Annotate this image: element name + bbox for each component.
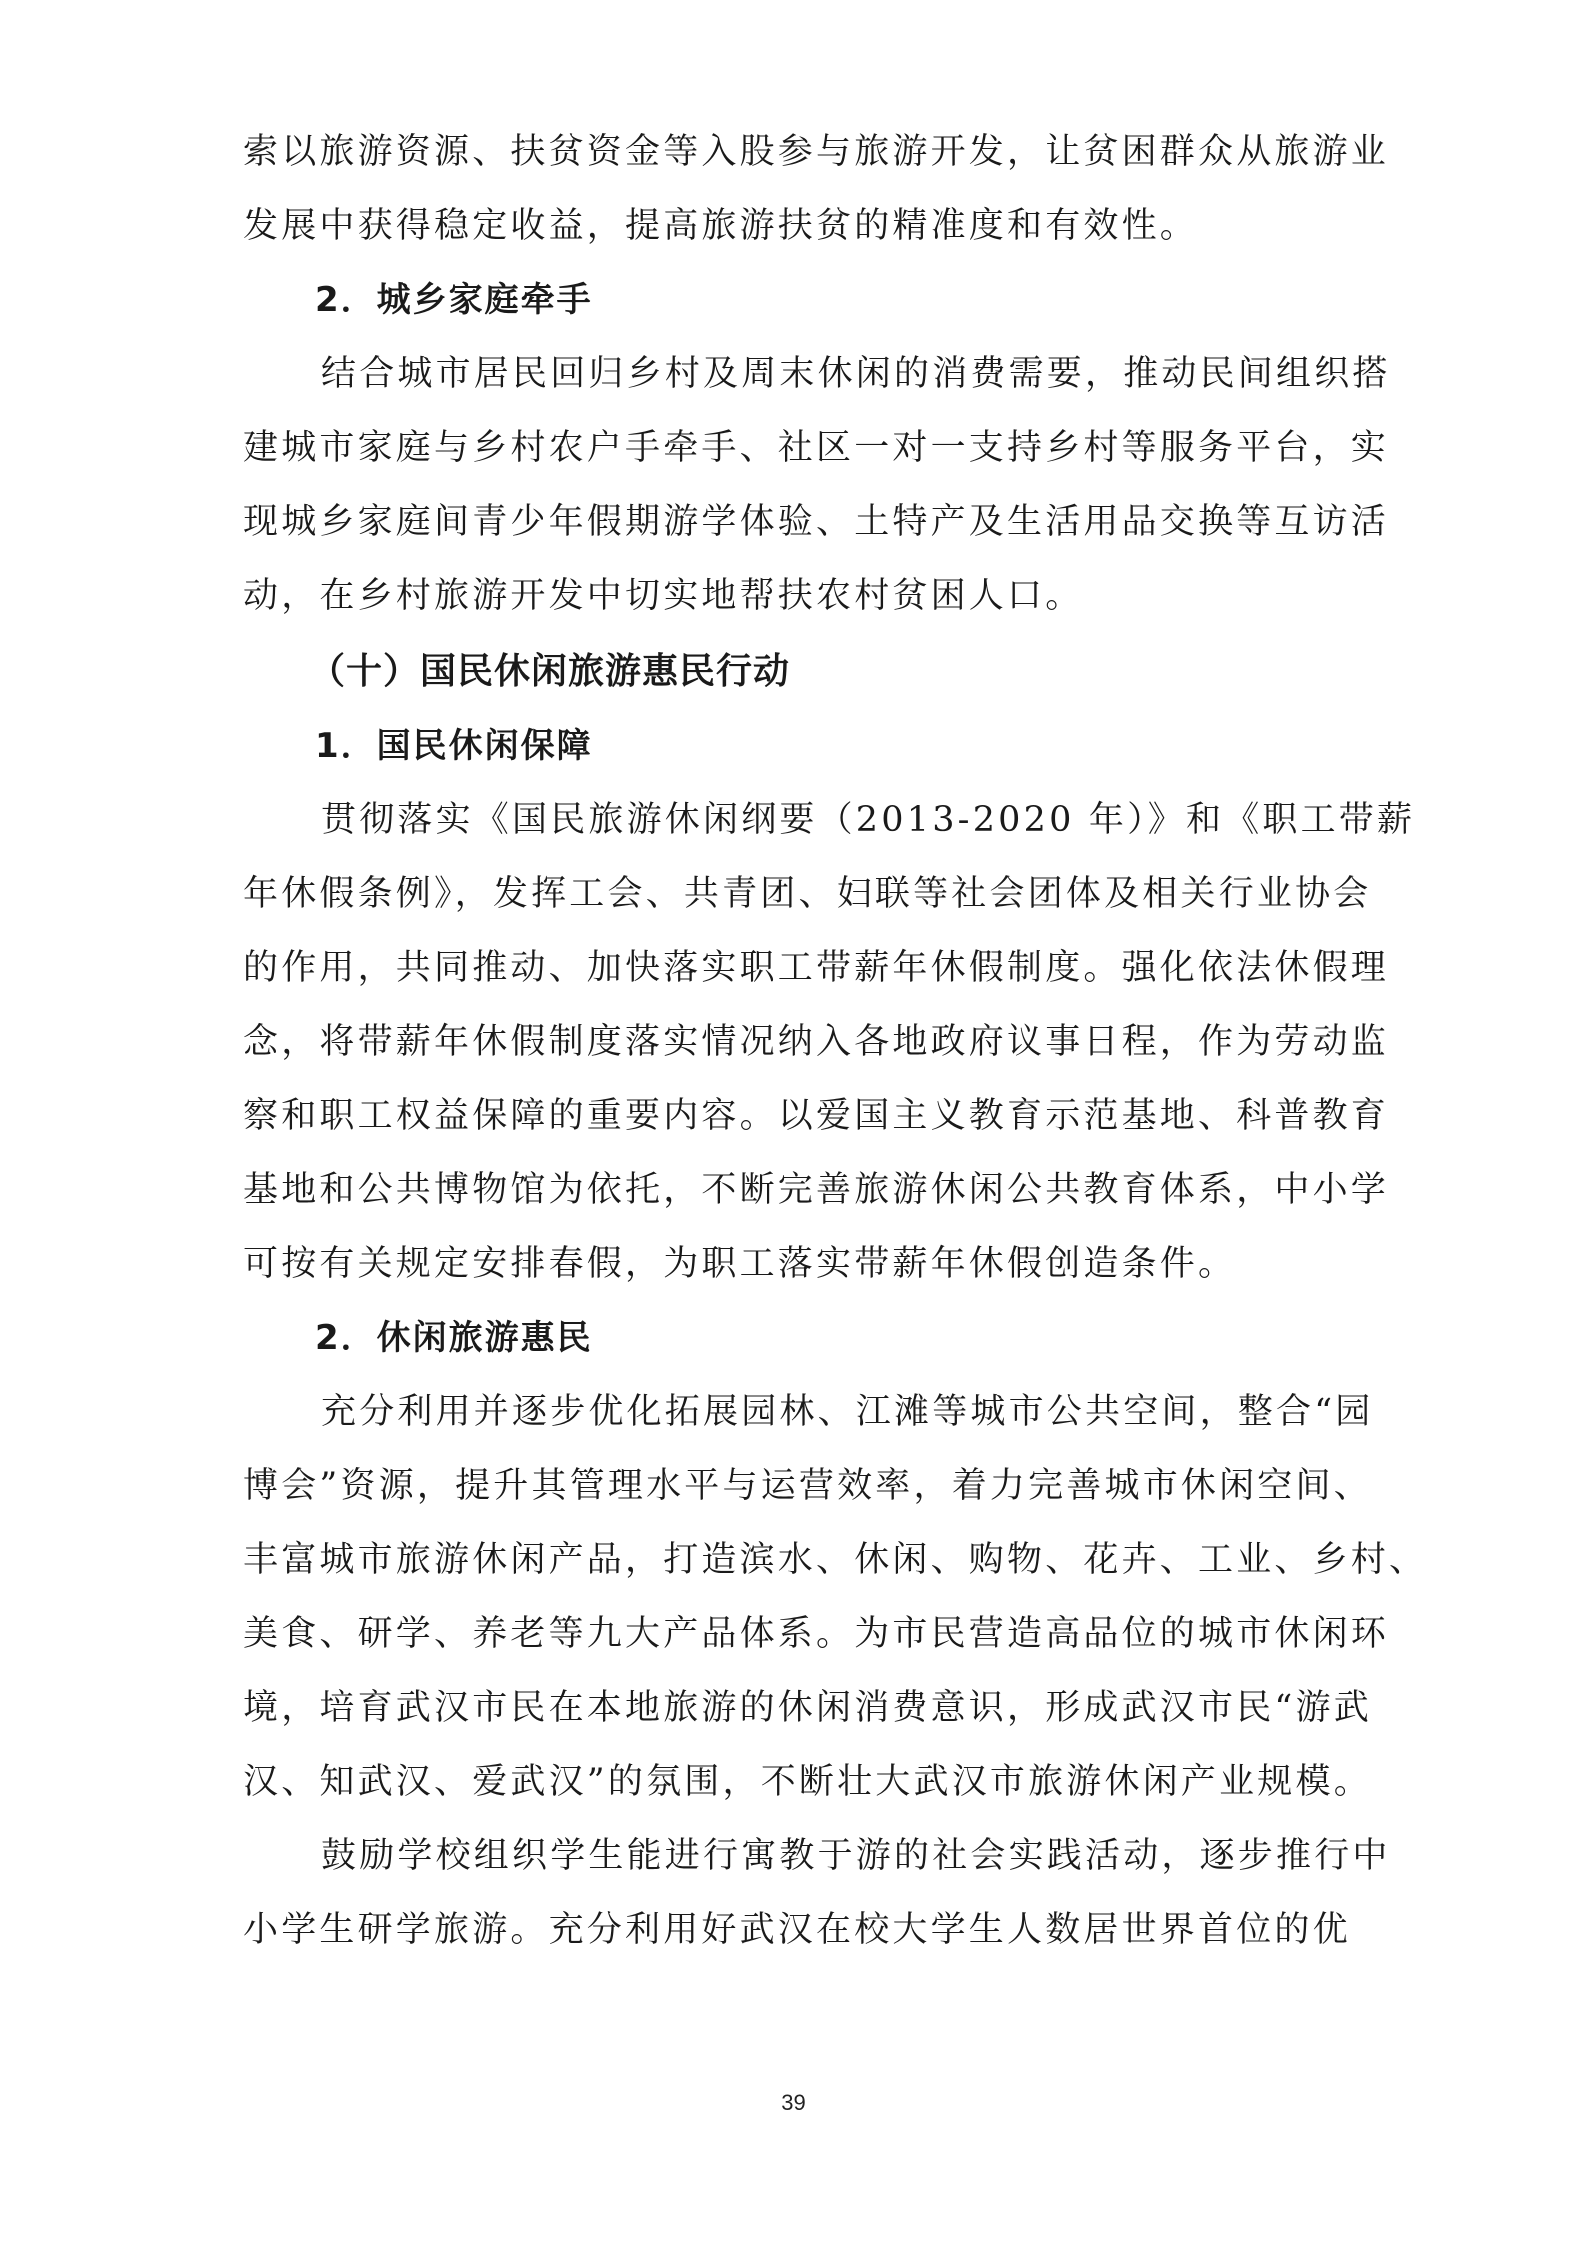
paragraph-line: 现城乡家庭间青少年假期游学体验、土特产及生活用品交换等互访活 xyxy=(243,502,1349,542)
paragraph-line: 动，在乡村旅游开发中切实地帮扶农村贫困人口。 xyxy=(243,576,1083,616)
paragraph-line: 美食、研学、养老等九大产品体系。为市民营造高品位的城市休闲环 xyxy=(243,1614,1349,1654)
paragraph-line: 发展中获得稳定收益，提高旅游扶贫的精准度和有效性。 xyxy=(243,206,1198,246)
paragraph-line: 充分利用并逐步优化拓展园林、江滩等城市公共空间，整合“园 xyxy=(321,1392,1349,1432)
paragraph-line: 贯彻落实《国民旅游休闲纲要（2013-2020 年）》和《职工带薪 xyxy=(321,800,1349,840)
paragraph-line: 小学生研学旅游。充分利用好武汉在校大学生人数居世界首位的优 xyxy=(243,1910,1351,1950)
paragraph-line: 基地和公共博物馆为依托，不断完善旅游休闲公共教育体系，中小学 xyxy=(243,1170,1349,1210)
paragraph-line: 年休假条例》，发挥工会、共青团、妇联等社会团体及相关行业协会 xyxy=(243,874,1349,914)
page-number: 39 xyxy=(0,2090,1587,2116)
subheading-urban-rural-families: 2．城乡家庭牵手 xyxy=(315,280,593,320)
paragraph-line: 察和职工权益保障的重要内容。以爱国主义教育示范基地、科普教育 xyxy=(243,1096,1349,1136)
subheading-leisure-guarantee: 1．国民休闲保障 xyxy=(315,726,593,766)
section-heading-leisure-tourism: （十）国民休闲旅游惠民行动 xyxy=(309,652,790,692)
paragraph-line: 丰富城市旅游休闲产品，打造滨水、休闲、购物、花卉、工业、乡村、 xyxy=(243,1540,1349,1580)
subheading-leisure-benefits: 2．休闲旅游惠民 xyxy=(315,1318,593,1358)
paragraph-line: 结合城市居民回归乡村及周末休闲的消费需要，推动民间组织搭 xyxy=(321,354,1349,394)
paragraph-line: 的作用，共同推动、加快落实职工带薪年休假制度。强化依法休假理 xyxy=(243,948,1349,988)
paragraph-line: 境，培育武汉市民在本地旅游的休闲消费意识，形成武汉市民“游武 xyxy=(243,1688,1349,1728)
paragraph-line: 博会”资源，提升其管理水平与运营效率，着力完善城市休闲空间、 xyxy=(243,1466,1349,1506)
paragraph-line: 汉、知武汉、爱武汉”的氛围，不断壮大武汉市旅游休闲产业规模。 xyxy=(243,1762,1349,1802)
paragraph-line: 鼓励学校组织学生能进行寓教于游的社会实践活动，逐步推行中 xyxy=(321,1836,1349,1876)
paragraph-line: 可按有关规定安排春假，为职工落实带薪年休假创造条件。 xyxy=(243,1244,1236,1284)
paragraph-line: 念，将带薪年休假制度落实情况纳入各地政府议事日程，作为劳动监 xyxy=(243,1022,1349,1062)
paragraph-line: 建城市家庭与乡村农户手牵手、社区一对一支持乡村等服务平台，实 xyxy=(243,428,1349,468)
paragraph-line: 索以旅游资源、扶贫资金等入股参与旅游开发，让贫困群众从旅游业 xyxy=(243,132,1349,172)
